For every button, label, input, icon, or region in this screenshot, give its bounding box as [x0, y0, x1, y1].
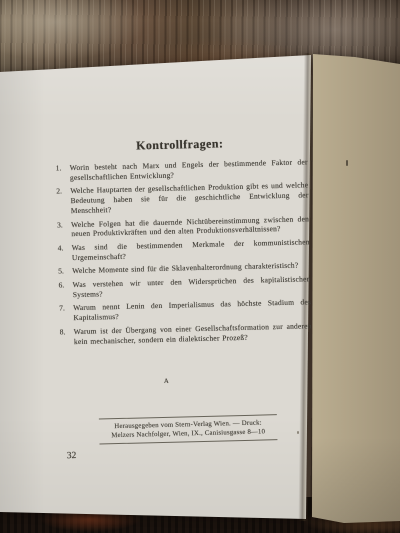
question-number: 3.: [57, 220, 71, 240]
question-text: Welche Hauptarten der gesellschaftlichen…: [70, 181, 309, 216]
question-number: 1.: [56, 163, 70, 183]
question-item: 5. Welche Momente sind für die Sklavenha…: [58, 261, 310, 277]
question-text: Warum ist der Übergang von einer Gesells…: [74, 321, 312, 346]
question-item: 8. Warum ist der Übergang von einer Gese…: [60, 321, 312, 347]
question-text: Welche Folgen hat die dauernde Nichtüber…: [71, 214, 309, 239]
printers-signature-mark: A: [164, 378, 169, 385]
publisher-imprint: Herausgegeben vom Stern-Verlag Wien. — D…: [99, 414, 278, 444]
question-item: 2. Welche Hauptarten der gesellschaftlic…: [56, 181, 309, 216]
question-number: 7.: [59, 304, 73, 324]
question-list: 1. Worin besteht nach Marx und Engels de…: [56, 157, 312, 350]
question-item: 7. Warum nennt Lenin den Imperialismus d…: [59, 298, 311, 324]
question-text: Was sind die bestimmenden Merkmale der k…: [72, 237, 310, 262]
question-number: 4.: [58, 243, 72, 263]
question-text: Was verstehen wir unter den Widersprüche…: [72, 274, 310, 299]
question-item: 3. Welche Folgen hat die dauernde Nichtü…: [57, 214, 309, 240]
question-item: 6. Was verstehen wir unter den Widersprü…: [58, 274, 310, 300]
question-number: 5.: [58, 266, 72, 276]
question-item: 1. Worin besteht nach Marx und Engels de…: [56, 157, 308, 183]
printed-page-content: Kontrollfragen: 1. Worin besteht nach Ma…: [0, 0, 400, 533]
book-photo: Kontrollfragen: 1. Worin besteht nach Ma…: [0, 0, 400, 533]
page-number: 32: [67, 451, 77, 461]
question-item: 4. Was sind die bestimmenden Merkmale de…: [58, 237, 310, 263]
question-text: Welche Momente sind für die Sklavenhalte…: [72, 261, 310, 277]
question-text: Worin besteht nach Marx und Engels der b…: [70, 157, 308, 182]
question-number: 6.: [58, 280, 72, 300]
question-number: 2.: [56, 187, 71, 216]
question-text: Warum nennt Lenin den Imperialismus das …: [73, 298, 311, 323]
page-title: Kontrollfragen:: [136, 136, 223, 153]
question-number: 8.: [60, 327, 74, 347]
